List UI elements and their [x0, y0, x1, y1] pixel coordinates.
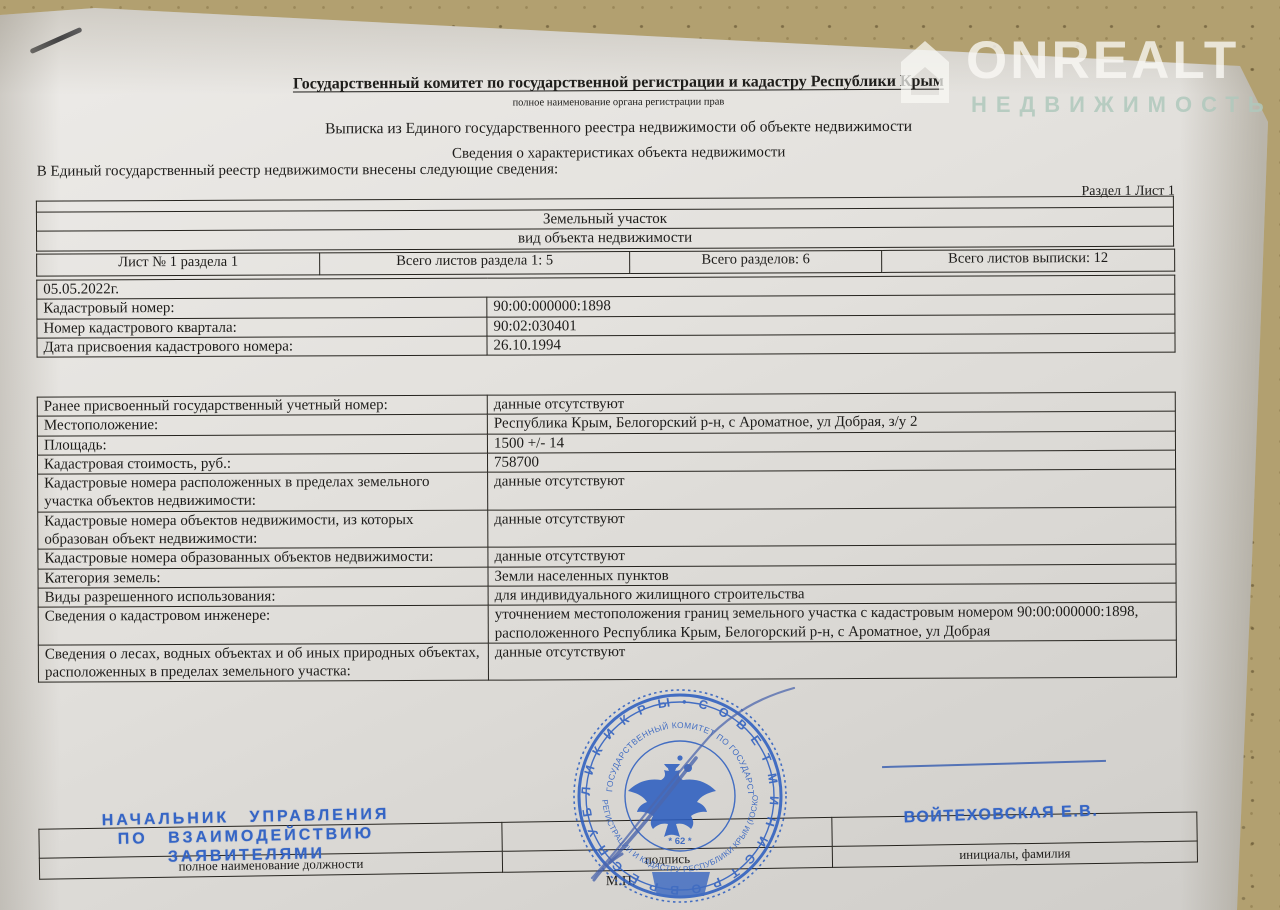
- field-label: Категория земель:: [38, 567, 488, 588]
- field-value: данные отсутствуют: [488, 507, 1176, 548]
- sheet-cell: Лист № 1 раздела 1: [37, 253, 320, 276]
- official-seal: • С О В Е Т М И Н И С Т Р О В Р Е С П У …: [560, 686, 800, 910]
- table-row: вид объекта недвижимости: [37, 226, 1174, 250]
- table-row: Сведения о кадастровом инженере:уточнени…: [38, 602, 1176, 645]
- org-name: Государственный комитет по государственн…: [28, 72, 1208, 95]
- cadastre-table: 05.05.2022г. Кадастровый номер: 90:00:00…: [36, 275, 1175, 358]
- document-sheet: Государственный комитет по государственн…: [0, 0, 1280, 910]
- table-row: Сведения о лесах, водных объектах и об и…: [38, 640, 1176, 683]
- field-label: Ранее присвоенный государственный учетны…: [37, 395, 487, 416]
- field-value: уточнением местоположения границ земельн…: [488, 602, 1176, 643]
- position-stamp: НАЧАЛЬНИК УПРАВЛЕНИЯ ПО ВЗАИМОДЕЙСТВИЮ З…: [95, 805, 396, 869]
- details-table: Ранее присвоенный государственный учетны…: [37, 392, 1177, 683]
- sheet-cell: Всего листов раздела 1: 5: [320, 252, 630, 275]
- object-type-table: Земельный участок вид объекта недвижимос…: [36, 196, 1174, 252]
- field-value: 26.10.1994: [487, 333, 1175, 355]
- field-label: Дата присвоения кадастрового номера:: [37, 336, 487, 357]
- field-label: Местоположение:: [37, 414, 487, 435]
- field-label: Площадь:: [37, 434, 487, 455]
- field-value: данные отсутствуют: [488, 640, 1176, 681]
- field-label: Виды разрешенного использования:: [38, 586, 488, 607]
- field-label: Кадастровые номера объектов недвижимости…: [38, 510, 488, 550]
- field-label: Кадастровая стоимость, руб.:: [37, 453, 487, 474]
- field-label: Кадастровый номер:: [37, 297, 487, 318]
- seal-number: * 62 *: [668, 836, 692, 847]
- object-type-caption: вид объекта недвижимости: [37, 226, 1174, 250]
- table-row: Лист № 1 раздела 1 Всего листов раздела …: [37, 249, 1175, 276]
- doc-subtitle: Сведения о характеристиках объекта недви…: [29, 143, 1209, 165]
- table-row: Кадастровые номера объектов недвижимости…: [38, 507, 1176, 550]
- caption-name: инициалы, фамилия: [832, 841, 1197, 867]
- field-label: Кадастровые номера образованных объектов…: [38, 548, 488, 569]
- sheet-counters-table: Лист № 1 раздела 1 Всего листов раздела …: [36, 249, 1175, 277]
- field-value: данные отсутствуют: [488, 469, 1176, 510]
- doc-title: Выписка из Единого государственного реес…: [29, 117, 1209, 140]
- field-label: Сведения о кадастровом инженере:: [38, 605, 488, 645]
- field-label: Номер кадастрового квартала:: [37, 317, 487, 338]
- sheet-cell: Всего разделов: 6: [630, 250, 882, 273]
- org-caption: полное наименование органа регистрации п…: [28, 95, 1208, 111]
- table-row: Кадастровые номера расположенных в преде…: [38, 469, 1176, 512]
- org-name-text: Государственный комитет по государственн…: [293, 73, 944, 93]
- intro-line: В Единый государственный реестр недвижим…: [37, 161, 559, 180]
- field-label: Сведения о лесах, водных объектах и об и…: [38, 643, 488, 683]
- field-label: Кадастровые номера расположенных в преде…: [38, 472, 488, 512]
- sheet-cell: Всего листов выписки: 12: [882, 249, 1175, 272]
